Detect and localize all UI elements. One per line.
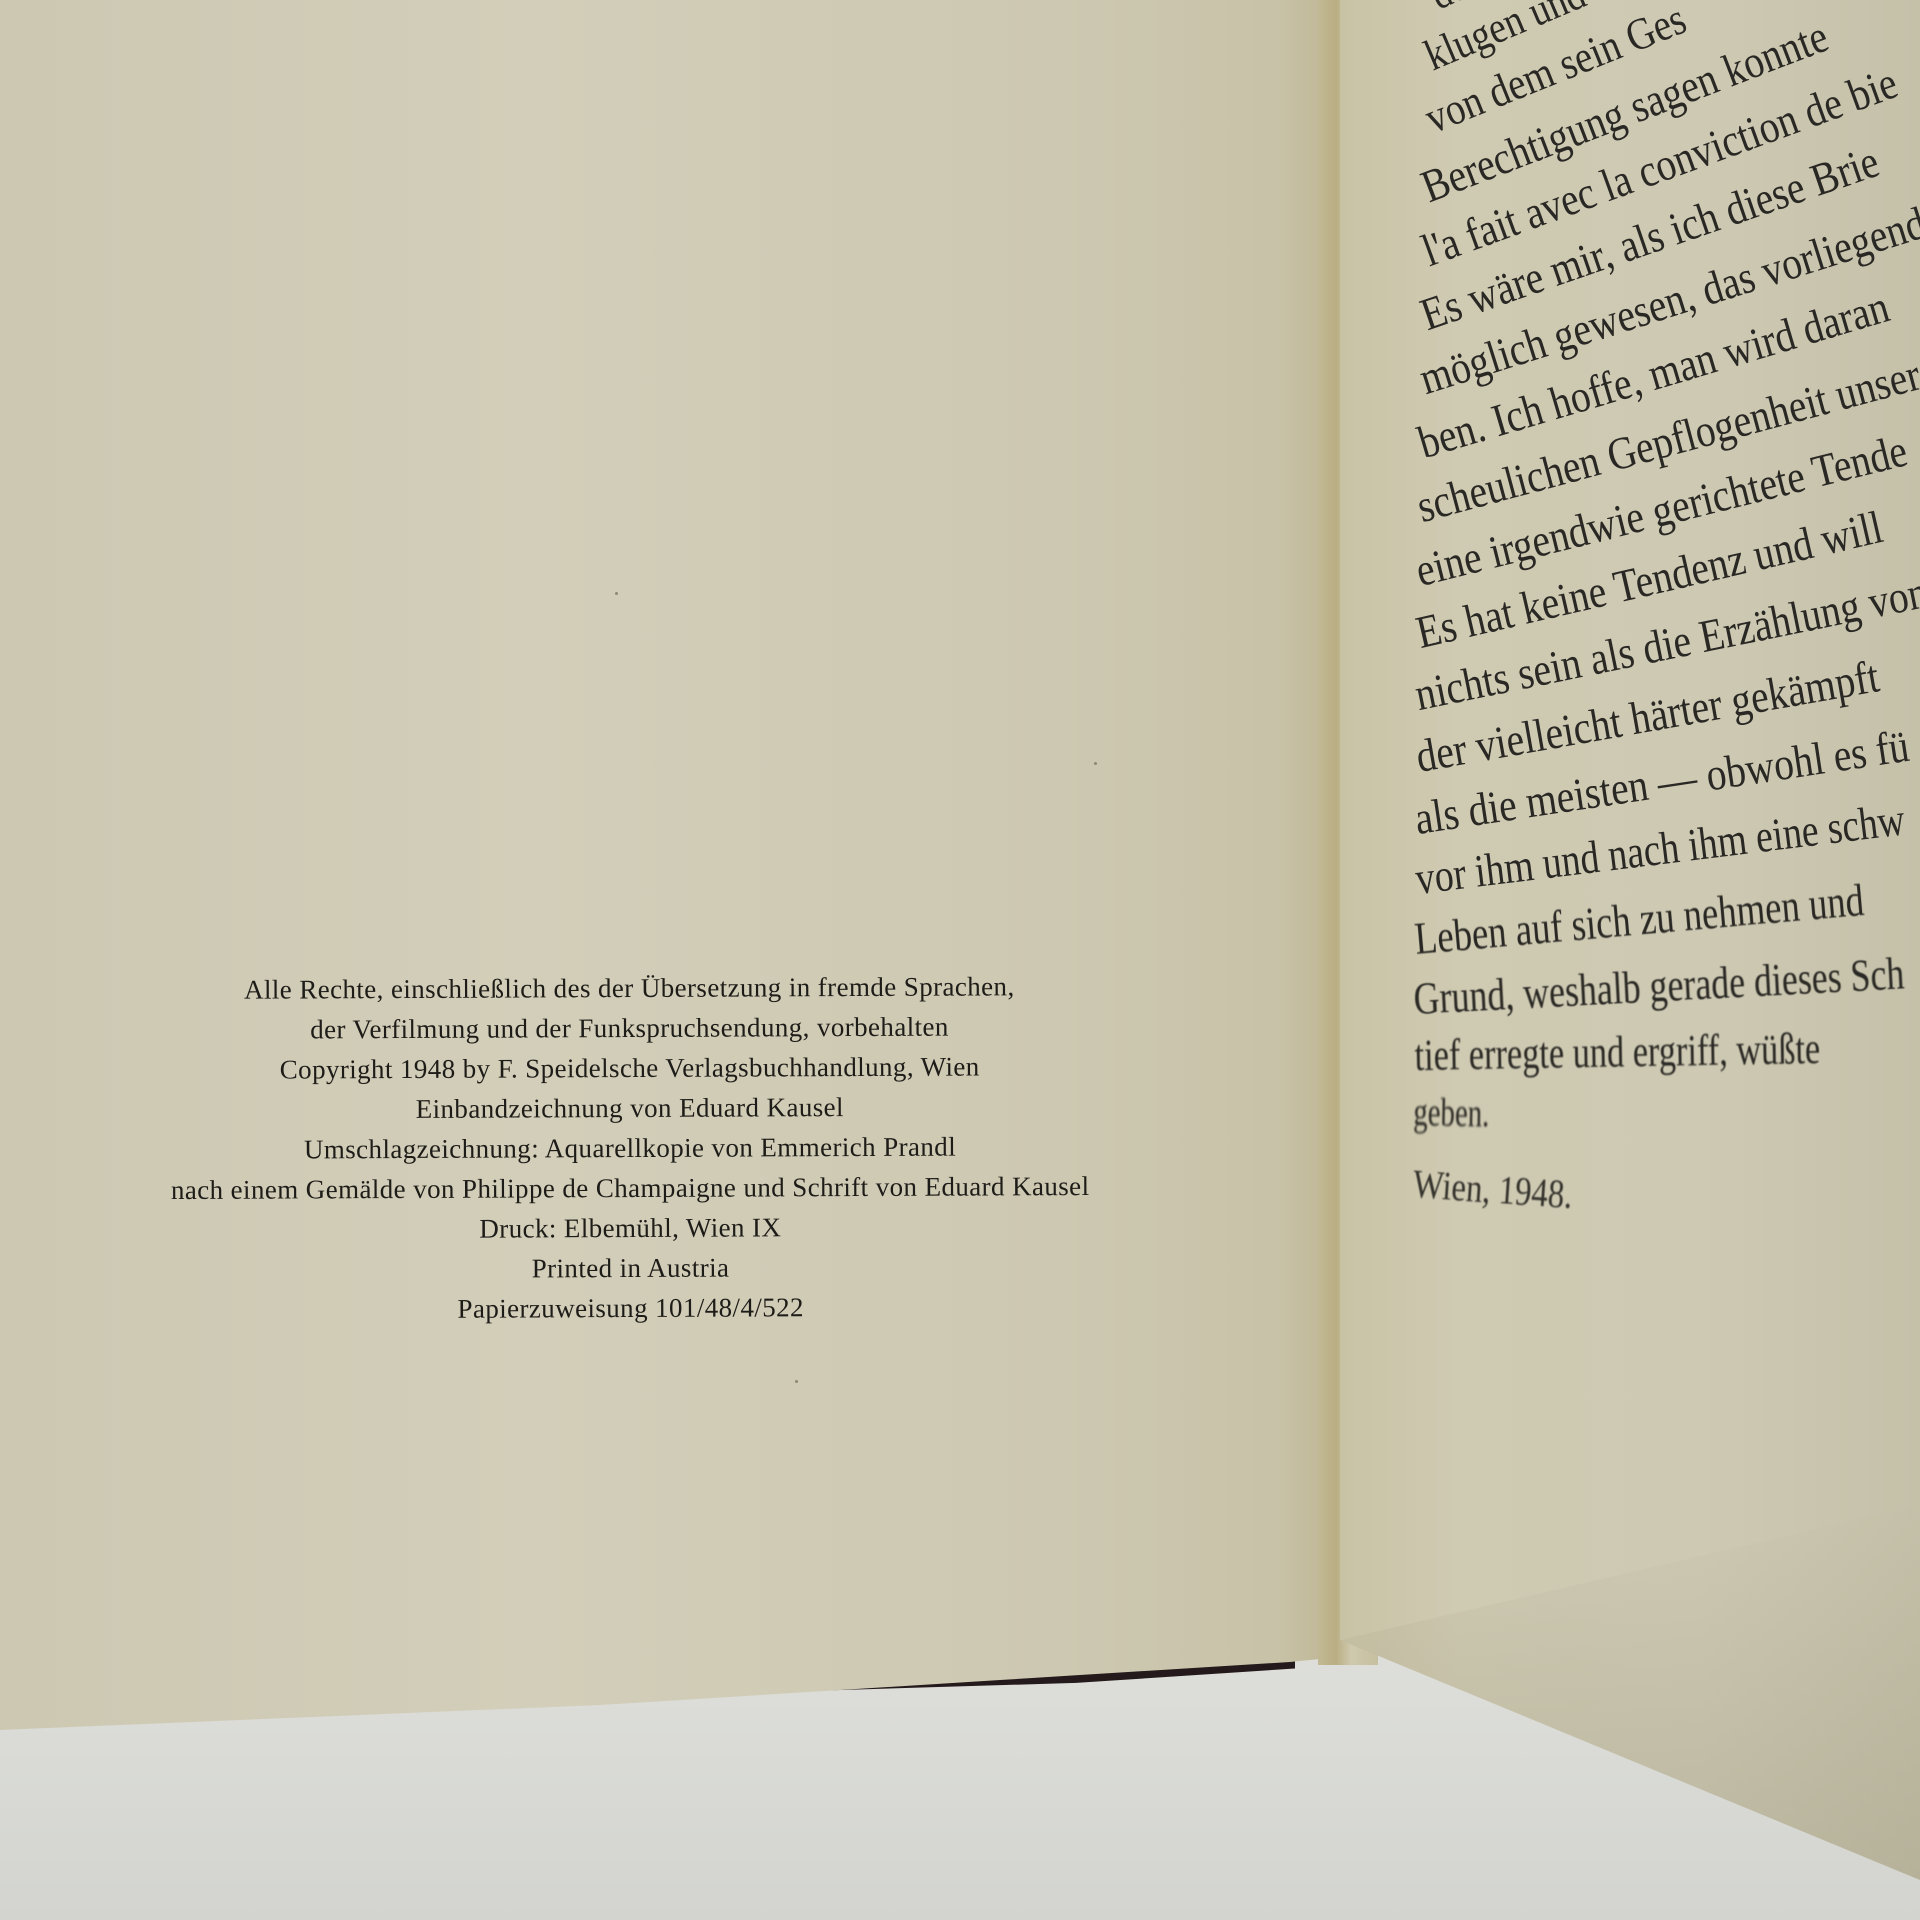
body-line: tief erregte und ergriff, wüßte bbox=[1414, 1023, 1820, 1081]
imprint-line: nach einem Gemälde von Philippe de Champ… bbox=[80, 1166, 1180, 1211]
imprint-line: Alle Rechte, einschließlich des der Über… bbox=[79, 966, 1179, 1011]
imprint-line: Druck: Elbemühl, Wien IX bbox=[80, 1206, 1180, 1251]
imprint-line: Printed in Austria bbox=[80, 1246, 1180, 1291]
paper-speck bbox=[795, 1380, 798, 1383]
imprint-line: Papierzuweisung 101/48/4/522 bbox=[81, 1286, 1181, 1331]
imprint-line: Umschlagzeichnung: Aquarellkopie von Emm… bbox=[80, 1126, 1180, 1171]
copyright-imprint: Alle Rechte, einschließlich des der Über… bbox=[79, 966, 1181, 1331]
imprint-line: Einbandzeichnung von Eduard Kausel bbox=[80, 1086, 1180, 1131]
left-page bbox=[0, 0, 1330, 1730]
body-line: geben. bbox=[1413, 1088, 1490, 1136]
paper-speck bbox=[615, 592, 618, 595]
imprint-line: Copyright 1948 by F. Speidelsche Verlags… bbox=[80, 1046, 1180, 1091]
paper-speck bbox=[1094, 762, 1097, 765]
open-book-photo: Alle Rechte, einschließlich des der Über… bbox=[0, 0, 1920, 1920]
imprint-line: der Verfilmung und der Funkspruchsendung… bbox=[79, 1006, 1179, 1051]
